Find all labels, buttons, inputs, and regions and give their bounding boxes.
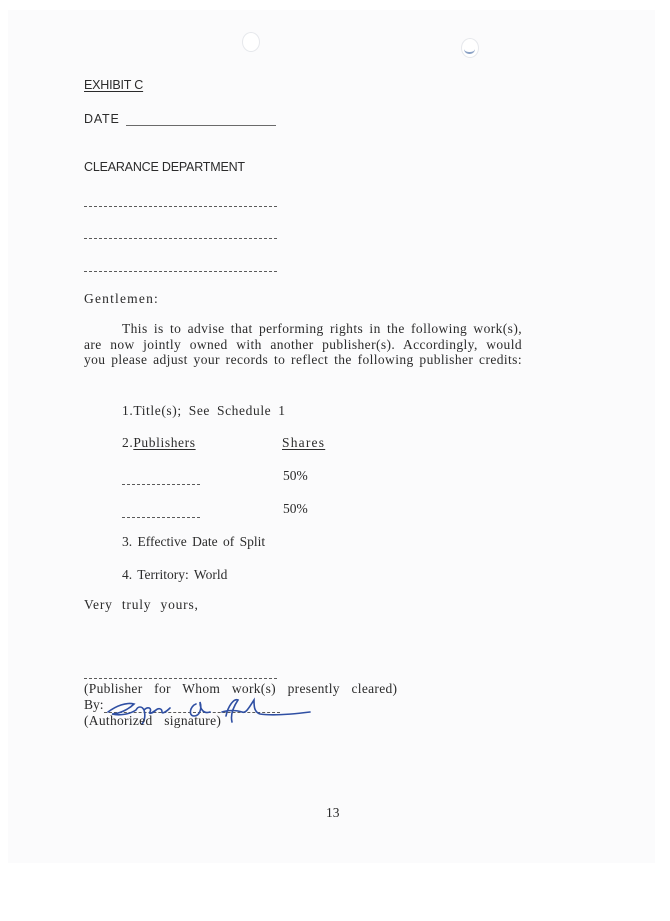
- date-field-line: [126, 125, 276, 126]
- item-title: 1.Title(s); See Schedule 1: [122, 403, 286, 419]
- item-territory: 4. Territory: World: [122, 567, 227, 583]
- page-number: 13: [326, 805, 340, 821]
- salutation: Gentlemen:: [84, 291, 159, 307]
- share-1-value: 50%: [283, 468, 308, 484]
- punch-hole-mark: [461, 38, 479, 58]
- publishers-header: Publishers: [133, 435, 195, 450]
- by-label: By:: [84, 697, 104, 713]
- closing: Very truly yours,: [84, 597, 199, 613]
- item-publishers: 2.Publishers: [122, 435, 196, 451]
- publisher-1-line: [122, 484, 200, 485]
- scanned-page: [8, 10, 655, 863]
- body-paragraph: This is to advise that performing rights…: [84, 321, 522, 368]
- exhibit-title: EXHIBIT C: [84, 77, 143, 93]
- body-paragraph-text: This is to advise that performing rights…: [84, 321, 522, 367]
- address-line-2: [84, 238, 277, 239]
- department-heading: CLEARANCE DEPARTMENT: [84, 159, 245, 175]
- punch-hole-mark: [242, 32, 260, 52]
- address-line-1: [84, 206, 277, 207]
- publisher-2-line: [122, 517, 200, 518]
- signature-caption: (Authorized signature): [84, 713, 221, 729]
- publisher-signature-line: [84, 678, 277, 679]
- item-number: 2.: [122, 435, 133, 450]
- share-2-value: 50%: [283, 501, 308, 517]
- item-effective-date: 3. Effective Date of Split: [122, 534, 265, 550]
- date-label: DATE: [84, 111, 120, 127]
- shares-header: Shares: [282, 435, 325, 451]
- address-line-3: [84, 271, 277, 272]
